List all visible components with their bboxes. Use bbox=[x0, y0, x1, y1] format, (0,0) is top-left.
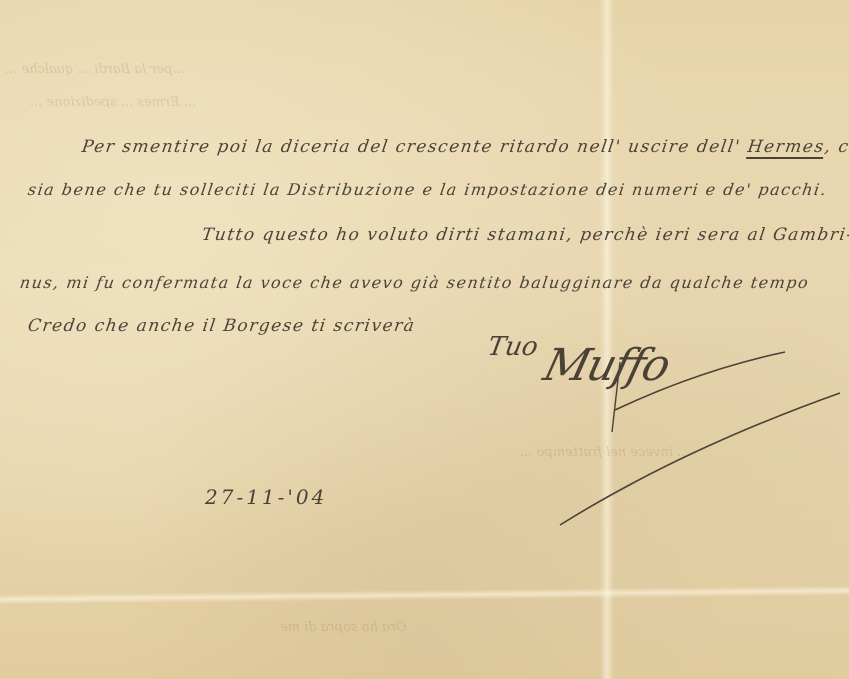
signature-flourish bbox=[0, 0, 849, 679]
letter-date: 27-11-'04 bbox=[205, 485, 327, 509]
